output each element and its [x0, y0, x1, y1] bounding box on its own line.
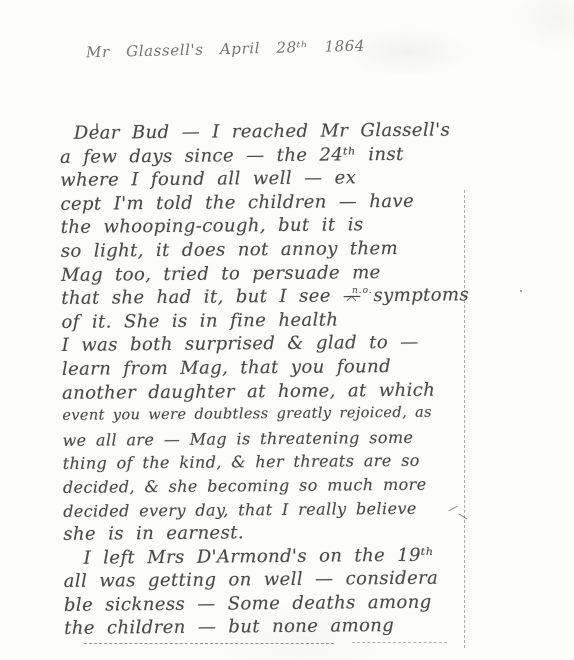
- page-bottom-rule: [352, 642, 447, 643]
- letter-dateline: Mr Glassell's April 28ᵗʰ 1864: [86, 37, 365, 62]
- letter-body: Dear Bud — I reached Mr Glassell's a few…: [60, 118, 495, 641]
- ink-speck: [520, 290, 522, 292]
- insertion-note: n.o.: [352, 286, 373, 296]
- scanned-letter-page: Mr Glassell's April 28ᵗʰ 1864 Dear Bud —…: [0, 0, 574, 660]
- page-bottom-rule: [84, 643, 334, 644]
- page-edge-line: [464, 190, 465, 648]
- letter-line: the children — but none among: [64, 614, 494, 641]
